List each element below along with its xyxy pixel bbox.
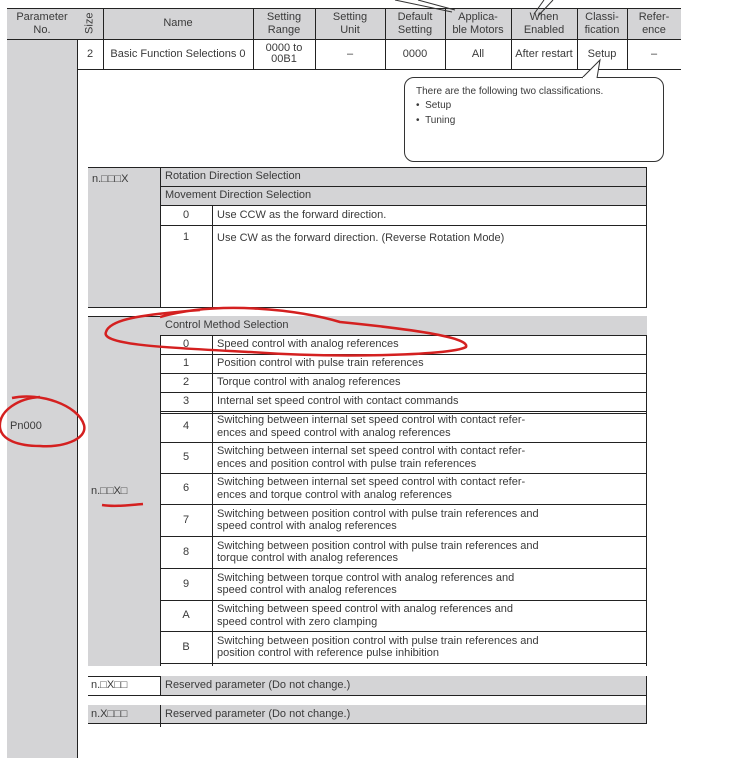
digit1-option-value: 4 xyxy=(160,411,212,442)
digit1-option-desc: Switching between internal set speed con… xyxy=(212,411,646,442)
digit1-option-value: B xyxy=(160,631,212,663)
digit0-option-value: 0 xyxy=(160,205,212,225)
digit1-option-desc: Switching between speed control with ana… xyxy=(212,600,646,631)
header-setting-range: Setting Range xyxy=(253,8,315,39)
digit0-option-desc: Use CCW as the forward direction. xyxy=(212,205,646,225)
digit1-option-desc: Switching between position control with … xyxy=(212,631,646,663)
param-default-setting: 0000 xyxy=(385,39,445,69)
param-setting-unit: – xyxy=(315,39,385,69)
param-setting-range: 0000 to 00B1 xyxy=(253,39,315,69)
digit0-code: n.□□□X xyxy=(92,172,158,186)
header-default-setting: Default Setting xyxy=(385,8,445,39)
header-size: Size xyxy=(77,8,103,39)
param-applicable-motors: All xyxy=(445,39,511,69)
parameter-number: Pn000 xyxy=(10,418,70,434)
digit1-title: Control Method Selection xyxy=(160,316,647,335)
digit1-code: n.□□X□ xyxy=(91,484,157,498)
digit1-option-desc: Internal set speed control with contact … xyxy=(212,392,646,411)
digit1-option-value: 7 xyxy=(160,504,212,536)
digit1-option-value: 0 xyxy=(160,335,212,354)
digit1-option-value: 5 xyxy=(160,442,212,473)
digit1-option-desc: Switching between position control with … xyxy=(212,536,646,568)
digit3-code: n.X□□□ xyxy=(91,705,157,723)
digit1-option-desc: Switching between torque control with an… xyxy=(212,568,646,600)
param-size: 2 xyxy=(77,39,103,69)
classification-callout: There are the following two classificati… xyxy=(404,77,664,162)
digit1-option-desc: Switching between position control with … xyxy=(212,504,646,536)
digit1-option-desc: Torque control with analog references xyxy=(212,373,646,392)
digit1-option-value: 9 xyxy=(160,568,212,600)
parameter-number-column xyxy=(7,8,77,758)
header-classification: Classi- fication xyxy=(577,8,627,39)
digit0-option-value: 1 xyxy=(160,229,212,245)
param-reference: – xyxy=(627,39,681,69)
param-classification: Setup xyxy=(577,39,627,69)
callout-item-tuning: • Tuning xyxy=(416,114,455,127)
digit2-desc: Reserved parameter (Do not change.) xyxy=(160,676,647,695)
digit0-code-cell xyxy=(88,167,160,307)
digit1-option-desc: Speed control with analog references xyxy=(212,335,646,354)
header-name: Name xyxy=(103,8,253,39)
digit1-option-value: 3 xyxy=(160,392,212,411)
header-when-enabled: When Enabled xyxy=(511,8,577,39)
digit0-title2: Movement Direction Selection xyxy=(160,186,647,205)
param-name: Basic Function Selections 0 xyxy=(103,39,253,69)
digit1-option-value: 2 xyxy=(160,373,212,392)
callout-item-setup: • Setup xyxy=(416,99,451,112)
digit1-option-value: 1 xyxy=(160,354,212,373)
digit1-option-value: 6 xyxy=(160,473,212,504)
header-applicable-motors: Applica- ble Motors xyxy=(445,8,511,39)
header-setting-unit: Setting Unit xyxy=(315,8,385,39)
header-parameter-no: Parameter No. xyxy=(7,8,77,39)
digit1-option-value: 8 xyxy=(160,536,212,568)
header-reference: Refer- ence xyxy=(627,8,681,39)
digit0-option-desc: Use CW as the forward direction. (Revers… xyxy=(212,229,646,247)
digit1-option-desc: Switching between internal set speed con… xyxy=(212,473,646,504)
digit1-option-desc: Switching between internal set speed con… xyxy=(212,442,646,473)
digit1-option-desc: Position control with pulse train refere… xyxy=(212,354,646,373)
param-when-enabled: After restart xyxy=(511,39,577,69)
digit3-desc: Reserved parameter (Do not change.) xyxy=(160,705,647,723)
callout-text: There are the following two classificati… xyxy=(416,85,603,98)
digit0-title1: Rotation Direction Selection xyxy=(160,167,647,186)
digit1-option-value: A xyxy=(160,600,212,631)
digit2-code: n.□X□□ xyxy=(91,676,157,695)
